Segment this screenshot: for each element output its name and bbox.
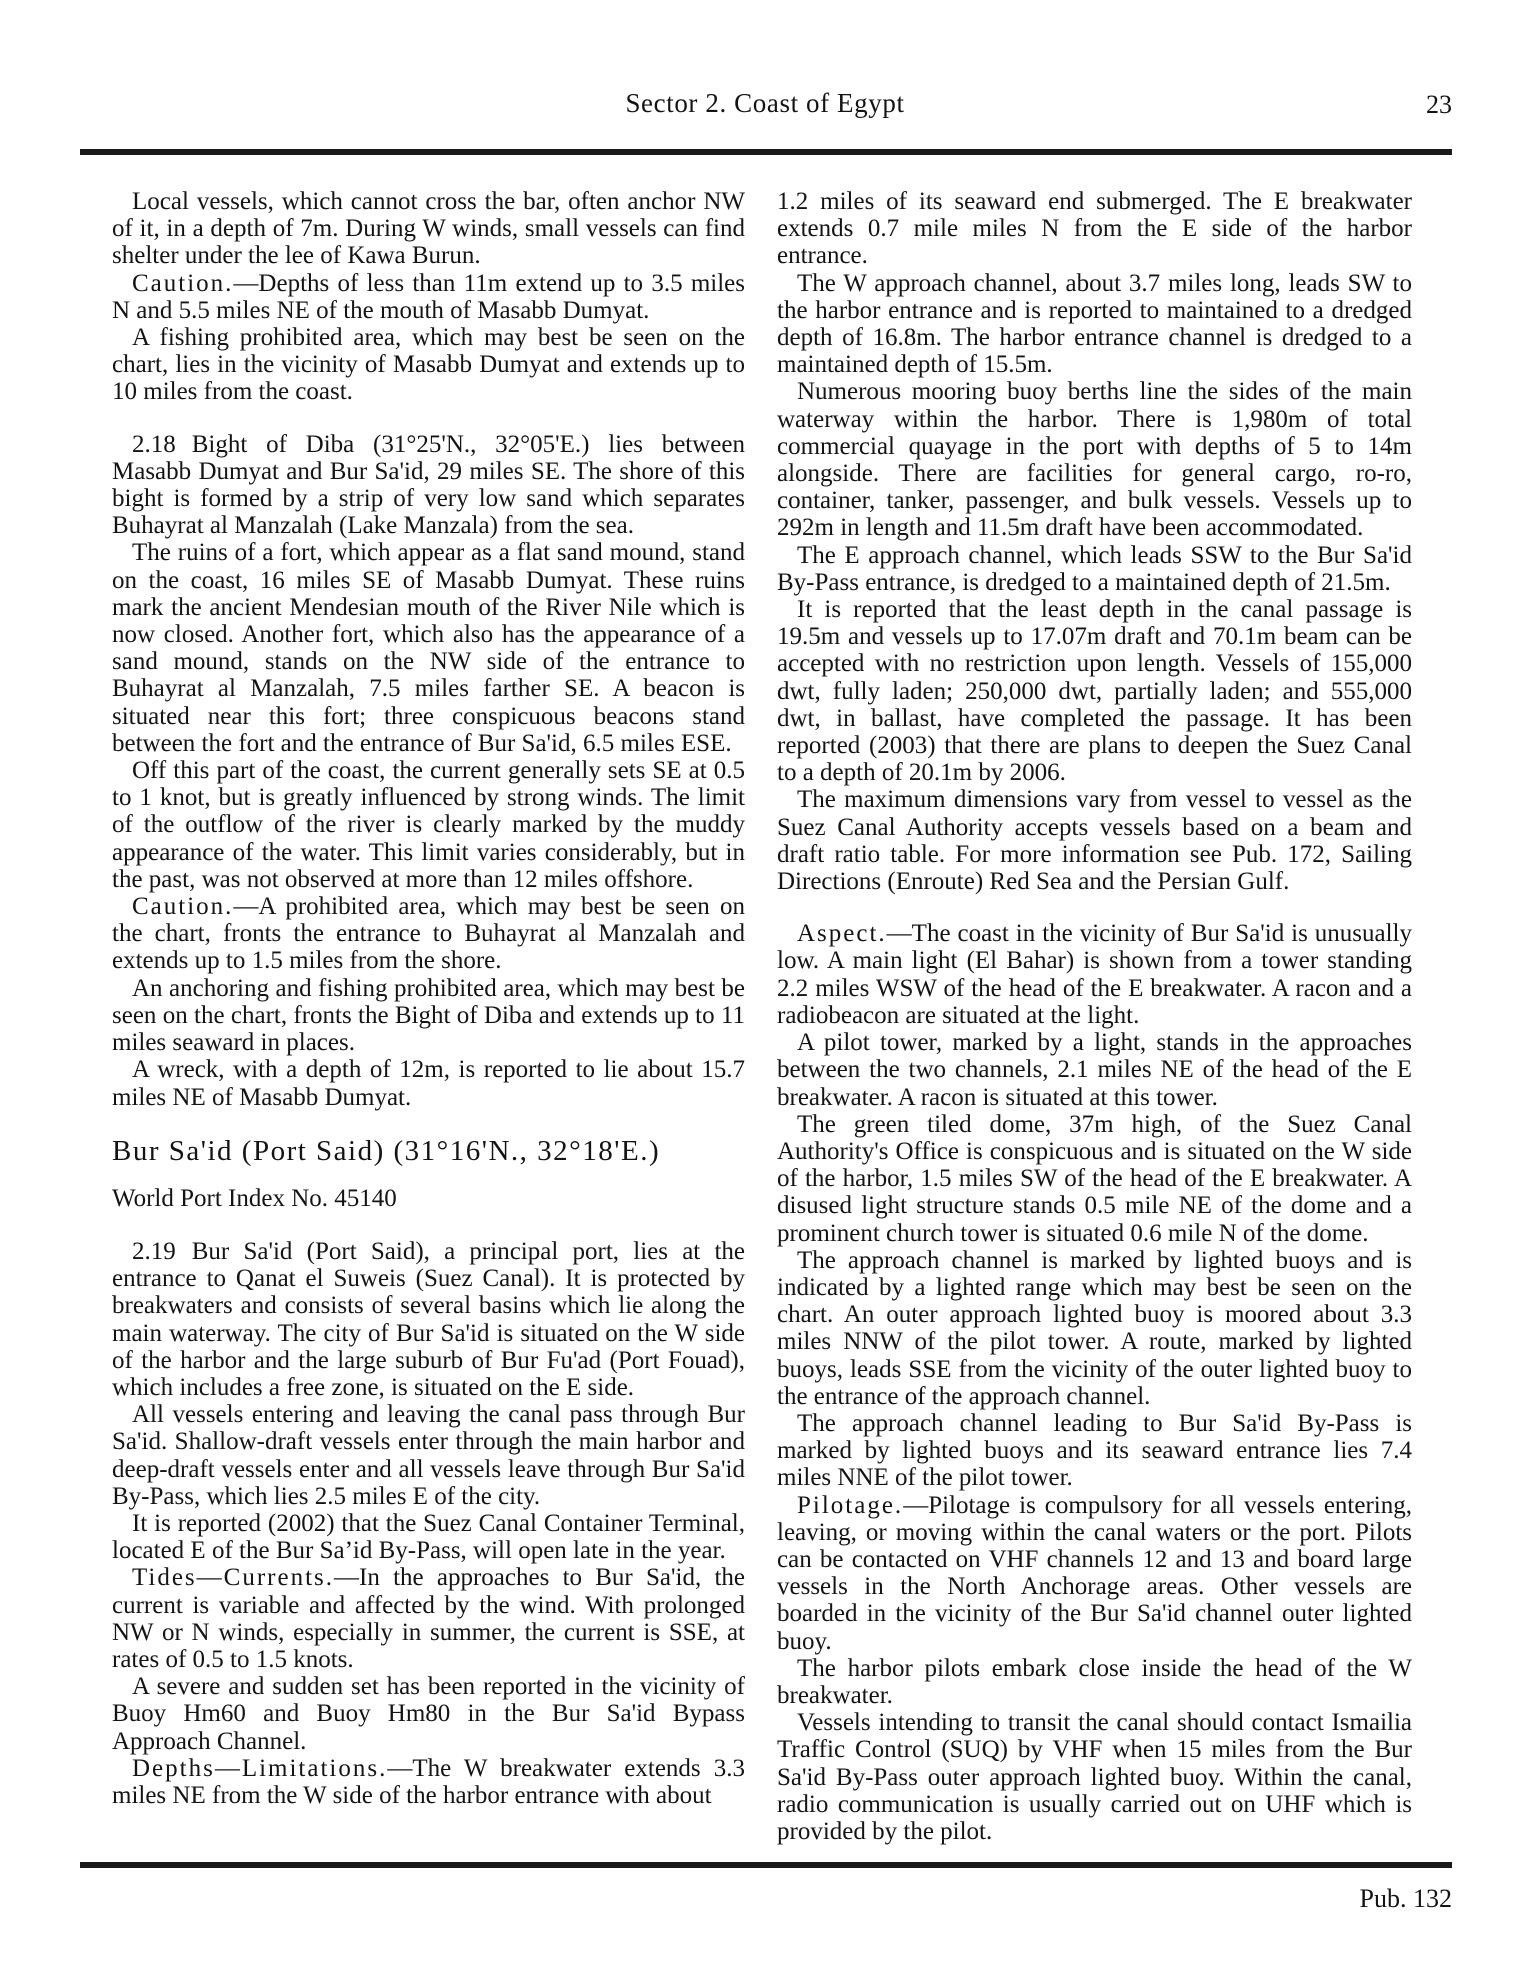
paragraph: A wreck, with a depth of 12m, is reporte…	[112, 1056, 745, 1110]
paragraph: Depths—Limitations.—The W breakwater ext…	[112, 1755, 745, 1809]
document-page: Sector 2. Coast of Egypt 23 Local vessel…	[0, 0, 1530, 1980]
paragraph: Vessels intending to transit the canal s…	[777, 1709, 1412, 1845]
paragraph: A fishing prohibited area, which may bes…	[112, 324, 745, 406]
paragraph-lead: Tides—Currents.	[132, 1564, 334, 1591]
paragraph: A severe and sudden set has been reporte…	[112, 1673, 745, 1755]
paragraph: The harbor pilots embark close inside th…	[777, 1655, 1412, 1709]
page-header-title: Sector 2. Coast of Egypt	[0, 88, 1530, 119]
paragraph: Local vessels, which cannot cross the ba…	[112, 188, 745, 270]
paragraph: An anchoring and fishing prohibited area…	[112, 975, 745, 1057]
paragraph: Off this part of the coast, the current …	[112, 757, 745, 893]
right-column: 1.2 miles of its seaward end submerged. …	[777, 188, 1412, 1845]
paragraph-number: 2.18	[132, 431, 192, 458]
paragraph: 1.2 miles of its seaward end submerged. …	[777, 188, 1412, 270]
paragraph: The approach channel is marked by lighte…	[777, 1247, 1412, 1410]
paragraph: Tides—Currents.—In the approaches to Bur…	[112, 1564, 745, 1673]
paragraph: It is reported (2002) that the Suez Cana…	[112, 1510, 745, 1564]
paragraph-lead: Caution.	[132, 270, 233, 297]
paragraph: Caution.—A prohibited area, which may be…	[112, 893, 745, 975]
paragraph: The W approach channel, about 3.7 miles …	[777, 270, 1412, 379]
left-column: Local vessels, which cannot cross the ba…	[112, 188, 745, 1809]
world-port-index: World Port Index No. 45140	[112, 1185, 745, 1212]
paragraph-lead: Depths—Limitations.	[132, 1755, 387, 1782]
paragraph: The green tiled dome, 37m high, of the S…	[777, 1111, 1412, 1247]
paragraph-lead: Caution.	[132, 893, 233, 920]
section-heading: Bur Sa'id (Port Said) (31°16'N., 32°18'E…	[112, 1133, 745, 1169]
paragraph-lead: Pilotage.	[797, 1492, 903, 1519]
paragraph: 2.19Bur Sa'id (Port Said), a principal p…	[112, 1238, 745, 1401]
page-number: 23	[1426, 90, 1452, 120]
paragraph: It is reported that the least depth in t…	[777, 596, 1412, 786]
paragraph: Pilotage.—Pilotage is compulsory for all…	[777, 1492, 1412, 1655]
paragraph: Aspect.—The coast in the vicinity of Bur…	[777, 920, 1412, 1029]
paragraph: A pilot tower, marked by a light, stands…	[777, 1029, 1412, 1111]
paragraph: The ruins of a fort, which appear as a f…	[112, 539, 745, 757]
header-rule	[80, 149, 1452, 155]
paragraph: Numerous mooring buoy berths line the si…	[777, 378, 1412, 541]
paragraph: 2.18Bight of Diba (31°25'N., 32°05'E.) l…	[112, 431, 745, 540]
paragraph: The maximum dimensions vary from vessel …	[777, 786, 1412, 895]
paragraph: Caution.—Depths of less than 11m extend …	[112, 270, 745, 324]
paragraph-number: 2.19	[132, 1238, 192, 1265]
footer-rule	[80, 1862, 1452, 1868]
footer-publication: Pub. 132	[1360, 1884, 1452, 1914]
paragraph: All vessels entering and leaving the can…	[112, 1401, 745, 1510]
paragraph-lead: Aspect.	[797, 920, 887, 947]
paragraph: The approach channel leading to Bur Sa'i…	[777, 1410, 1412, 1492]
paragraph: The E approach channel, which leads SSW …	[777, 542, 1412, 596]
